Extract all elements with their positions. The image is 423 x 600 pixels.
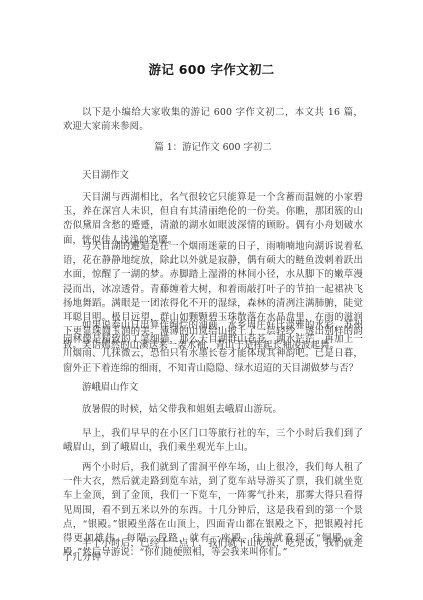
intro-block: 以下是小编给大家收集的游记 600 字作文初二，本文共 16 篇，欢迎大家前来参… <box>63 106 363 134</box>
essay-title: 天目湖作文 <box>63 169 363 183</box>
essay2-title-block: 游峨眉山作文 <box>63 381 363 395</box>
essay1-title-block: 天目湖作文 <box>63 169 363 183</box>
section-heading: 篇 1：游记作文 600 字初二 <box>63 139 363 153</box>
essay-paragraph: 放暑假的时候，姑父带我和姐姐去峨眉山游玩。 <box>63 403 363 417</box>
intro-paragraph: 以下是小编给大家收集的游记 600 字作文初二，本文共 16 篇，欢迎大家前来参… <box>63 106 363 134</box>
essay-title: 游峨眉山作文 <box>63 381 363 395</box>
essay-paragraph: 半个小时后，已经十一点了，我们就下山吃饭，吃完饭，我们就走了几分钟 <box>63 537 363 565</box>
essay-paragraph: 如果说泰山日出算作绚烂的油画，水乡周庄好比淡雅的水彩，苏州园林像是精致的工笔细描… <box>63 319 363 376</box>
essay-paragraph: 早上，我们早早的在小区门口等旅行社的车，三个小时后我们到了峨眉山，到了峨眉山，我… <box>63 427 363 455</box>
essay2-p2-block: 早上，我们早早的在小区门口等旅行社的车，三个小时后我们到了峨眉山，到了峨眉山，我… <box>63 427 363 455</box>
essay1-p3-block: 如果说泰山日出算作绚烂的油画，水乡周庄好比淡雅的水彩，苏州园林像是精致的工笔细描… <box>63 319 363 376</box>
essay2-p1-block: 放暑假的时候，姑父带我和姐姐去峨眉山游玩。 <box>63 403 363 417</box>
section-heading-block: 篇 1：游记作文 600 字初二 <box>63 139 363 153</box>
document-title: 游记 600 字作文初二 <box>0 60 423 78</box>
essay2-p4-block: 半个小时后，已经十一点了，我们就下山吃饭，吃完饭，我们就走了几分钟 <box>63 537 363 565</box>
document-page: 游记 600 字作文初二 以下是小编给大家收集的游记 600 字作文初二，本文共… <box>0 0 423 600</box>
